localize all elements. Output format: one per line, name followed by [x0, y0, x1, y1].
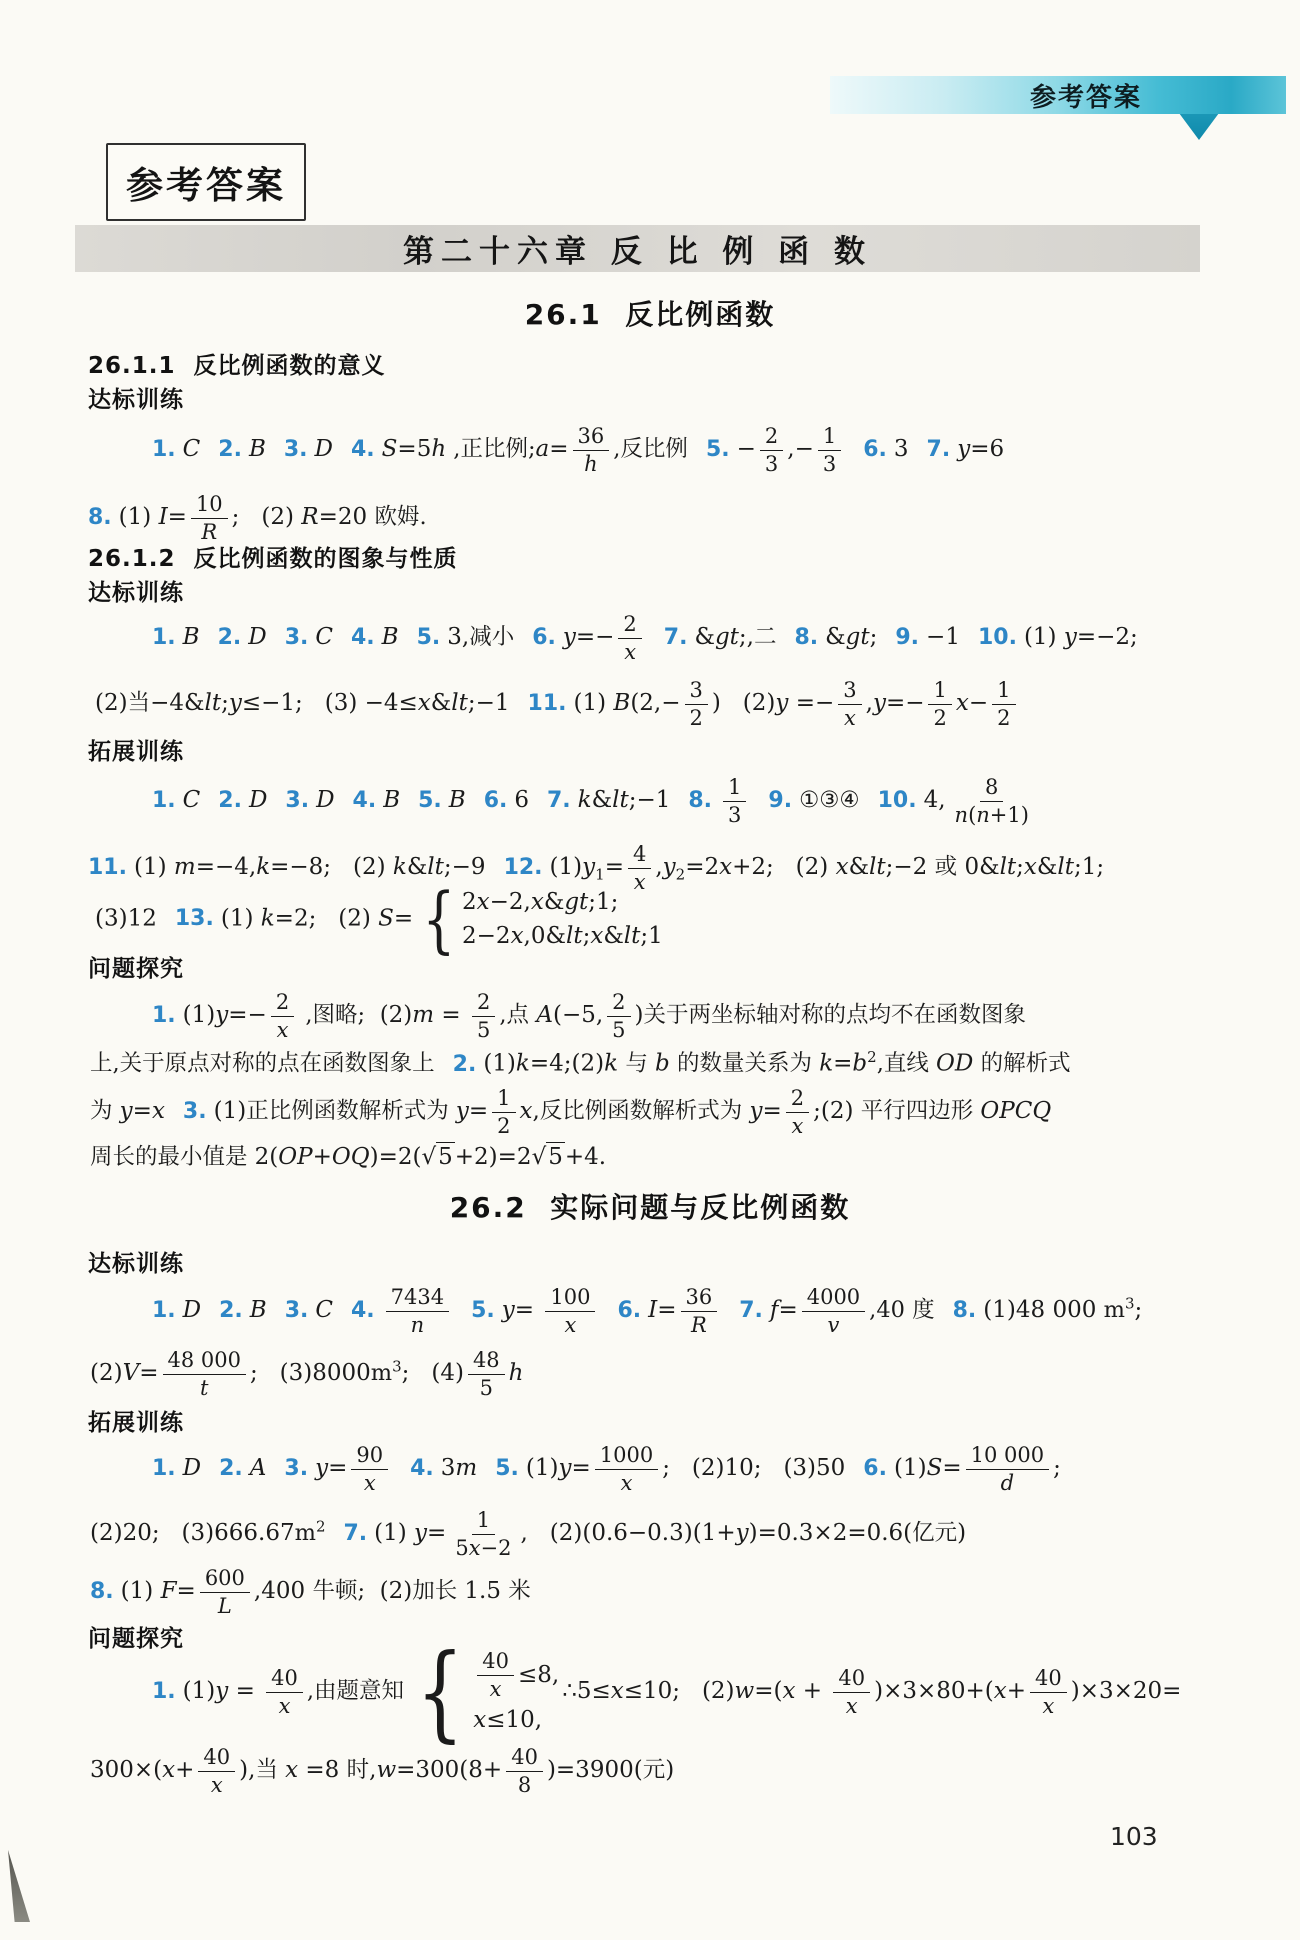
- question-number: 12.: [504, 855, 543, 880]
- question-number: 7.: [664, 625, 688, 650]
- cases-row: 40x≤8,: [473, 1649, 559, 1701]
- question-number: 3.: [183, 1099, 207, 1124]
- text: ,点: [499, 1002, 529, 1028]
- text: ,反比例: [613, 436, 688, 462]
- answer-line: 为 y=x3.(1)正比例函数解析式为 y=12x,反比例函数解析式为 y=2x…: [90, 1086, 1051, 1138]
- fraction-numerator: 2: [472, 990, 495, 1017]
- fraction: 90x: [351, 1443, 388, 1495]
- header-ribbon: 参考答案: [830, 76, 1286, 114]
- math-text: x =8: [285, 1757, 347, 1783]
- math-text: x≤10,: [473, 1706, 542, 1735]
- text: 二: [754, 624, 777, 650]
- answer-line: (2)当−4&lt;y≤−1; (3) −4≤x&lt;−111.(1) B(2…: [95, 678, 1020, 730]
- fraction: 36h: [573, 424, 610, 476]
- question-number: 2.: [219, 1298, 243, 1323]
- math-text: ; (3)8000: [250, 1360, 371, 1386]
- answer-line: 1.(1)y=−2x ,图略; (2)m = 25,点 A(−5,25)关于两坐…: [152, 990, 1026, 1042]
- text: ,图略;: [298, 1002, 365, 1028]
- fraction: 40x: [198, 1745, 235, 1797]
- math-text: f=: [770, 1297, 798, 1323]
- question-number: 1.: [152, 1679, 176, 1704]
- math-text: (1)y=: [526, 1455, 591, 1481]
- fraction-numerator: 1000: [595, 1443, 658, 1470]
- math-text: y=x: [120, 1098, 165, 1124]
- question-number: 6.: [863, 1456, 887, 1481]
- fraction-numerator: 4: [628, 842, 651, 869]
- math-text: b: [655, 1051, 677, 1077]
- section-heading: 问题探究: [88, 950, 184, 983]
- text: 欧姆.: [374, 504, 426, 530]
- math-text: D: [183, 1297, 201, 1323]
- fraction-numerator: 2: [607, 990, 630, 1017]
- question-number: 2.: [219, 1456, 243, 1481]
- section-heading: 达标训练: [88, 574, 184, 607]
- fraction-denominator: 5x−2: [450, 1535, 516, 1560]
- section-heading: 拓展训练: [88, 1404, 184, 1437]
- text: 的解析式: [981, 1051, 1071, 1077]
- math-text: ; (4): [402, 1360, 464, 1386]
- math-text: (1): [214, 1098, 247, 1124]
- math-text: )×3×20=: [1071, 1678, 1182, 1704]
- math-text: +2)=2: [455, 1144, 532, 1170]
- fraction: 4x: [628, 842, 651, 894]
- question-number: 10.: [978, 625, 1017, 650]
- answer-key-page: 参考答案 参考答案 第二十六章 反 比 例 函 数 26.1 反比例函数26.1…: [0, 0, 1300, 1940]
- answer-line: 1.C2.D3.D4.B5.B6.67.k&lt;−18.139.①③④10.4…: [152, 775, 1038, 827]
- question-number: 4.: [353, 788, 377, 813]
- math-text: ≤8,: [518, 1661, 559, 1690]
- question-number: 7.: [547, 788, 571, 813]
- fraction-denominator: n(n+1): [950, 802, 1034, 827]
- text: 或: [935, 854, 958, 880]
- text: ,直线: [877, 1051, 936, 1077]
- cases-row: x≤10,: [473, 1706, 559, 1735]
- fraction-numerator: 48 000: [163, 1348, 246, 1375]
- cases-row: 2−2x,0&lt;x&lt;1: [462, 922, 663, 951]
- math-text: (2)V=: [90, 1360, 159, 1386]
- fraction-denominator: 2: [928, 705, 951, 730]
- fraction: 25: [607, 990, 630, 1042]
- fraction-numerator: 40: [198, 1745, 235, 1772]
- section-heading: 达标训练: [88, 1245, 184, 1278]
- sqrt-expression: √5: [421, 1144, 454, 1170]
- math-text: y=−: [563, 624, 615, 650]
- sqrt-expression: √5: [532, 1144, 565, 1170]
- math-text: (1)48 000: [983, 1297, 1103, 1323]
- fraction: 100x: [545, 1285, 595, 1337]
- math-text: (1) y=: [374, 1520, 446, 1546]
- question-number: 6.: [484, 788, 508, 813]
- math-text: OD: [936, 1051, 981, 1077]
- question-number: 10.: [878, 788, 917, 813]
- math-text: (1) y=−2;: [1024, 624, 1138, 650]
- math-text: B: [383, 787, 400, 813]
- fraction-numerator: 40: [266, 1666, 303, 1693]
- fraction-denominator: d: [996, 1470, 1019, 1495]
- math-text: B: [382, 624, 399, 650]
- fraction-numerator: 90: [351, 1443, 388, 1470]
- fraction-denominator: 2: [992, 705, 1015, 730]
- math-text: 4,: [924, 787, 946, 813]
- section-heading: 26.2 实际问题与反比例函数: [0, 1186, 1300, 1226]
- fraction-denominator: x: [787, 1113, 809, 1138]
- math-text: =: [605, 854, 624, 880]
- subscript: 2: [676, 866, 686, 884]
- text: 米: [508, 1578, 531, 1604]
- math-text: (2)20; (3)666.67: [90, 1520, 295, 1546]
- question-number: 8.: [953, 1298, 977, 1323]
- answer-line: 8.(1) F=600L,400 牛顿; (2)加长 1.5 米: [90, 1566, 531, 1618]
- question-number: 11.: [528, 691, 567, 716]
- fraction-denominator: x: [206, 1772, 228, 1797]
- math-text: y=: [456, 1098, 488, 1124]
- text: 时: [347, 1757, 370, 1783]
- question-number: 1.: [152, 1456, 176, 1481]
- fraction-numerator: 1: [472, 1508, 495, 1535]
- math-text: ,w=300(8+: [369, 1757, 502, 1783]
- answer-line: 1.D2.A3.y=90x4.3m5.(1)y=1000x; (2)10; (3…: [152, 1443, 1061, 1495]
- math-text: ∴5≤x≤10; (2)w=(x +: [562, 1678, 829, 1704]
- section-heading: 26.1 反比例函数: [0, 293, 1300, 333]
- fraction-numerator: 48: [468, 1348, 505, 1375]
- text: 为: [90, 1098, 120, 1124]
- question-number: 2.: [218, 788, 242, 813]
- supscript: 2: [867, 1048, 877, 1066]
- answer-line: 1.C2.B3.D4.S=5h ,正比例;a=36h,反比例5.−23,−136…: [152, 424, 1004, 476]
- math-text: D: [315, 436, 333, 462]
- piecewise-cases: {2x−2,x&gt;1;2−2x,0&lt;x&lt;1: [416, 888, 663, 951]
- math-text: 3m: [441, 1455, 477, 1481]
- fraction-numerator: 1: [818, 424, 841, 451]
- question-number: 4.: [351, 437, 375, 462]
- question-number: 13.: [175, 906, 214, 931]
- question-number: 6.: [617, 1298, 641, 1323]
- math-text: (1)k=4;(2)k: [483, 1051, 625, 1077]
- math-text: D: [249, 787, 267, 813]
- math-text: y=: [749, 1098, 781, 1124]
- fraction-numerator: 36: [573, 424, 610, 451]
- fraction: 4000v: [802, 1285, 865, 1337]
- math-text: A: [250, 1455, 267, 1481]
- math-text: 1.5: [464, 1578, 508, 1604]
- fraction: 8n(n+1): [950, 775, 1034, 827]
- math-text: y=: [315, 1455, 347, 1481]
- fraction: 13: [818, 424, 841, 476]
- fraction-numerator: 1: [928, 678, 951, 705]
- cases-rows: 40x≤8,x≤10,: [473, 1649, 559, 1735]
- fraction-numerator: 2: [271, 990, 294, 1017]
- math-text: B: [183, 624, 200, 650]
- math-text: &gt;: [825, 624, 877, 650]
- text: 关于两坐标轴对称的点均不在函数图象: [644, 1002, 1027, 1028]
- math-text: ,y: [655, 854, 675, 880]
- cases-rows: 2x−2,x&gt;1;2−2x,0&lt;x&lt;1: [462, 888, 663, 951]
- fraction-numerator: 40: [833, 1666, 870, 1693]
- question-number: 2.: [218, 625, 242, 650]
- fraction-numerator: 1: [992, 678, 1015, 705]
- fraction-denominator: h: [579, 451, 603, 476]
- math-text: (2)m =: [365, 1002, 468, 1028]
- fraction: 3x: [838, 678, 861, 730]
- math-text: k&lt;−1: [578, 787, 671, 813]
- text: 当: [128, 690, 151, 716]
- math-text: (2): [365, 1578, 412, 1604]
- radicand: 5: [546, 1142, 565, 1172]
- fraction: 10R: [191, 492, 228, 544]
- cases-row: 2x−2,x&gt;1;: [462, 888, 663, 917]
- fraction-denominator: L: [213, 1593, 237, 1618]
- fraction-numerator: 40: [477, 1649, 514, 1676]
- question-number: 3.: [285, 1298, 309, 1323]
- text: 加长: [412, 1578, 464, 1604]
- math-text: (1)y=−: [183, 1002, 267, 1028]
- answer-line: 11.(1) m=−4,k=−8; (2) k&lt;−912.(1)y1=4x…: [88, 842, 1104, 894]
- fraction-denominator: x: [619, 639, 641, 664]
- question-number: 8.: [90, 1579, 114, 1604]
- fraction-denominator: 3: [760, 451, 783, 476]
- math-text: x,: [520, 1098, 540, 1124]
- math-text: B: [449, 787, 466, 813]
- fraction-numerator: 3: [685, 678, 708, 705]
- fraction: 23: [760, 424, 783, 476]
- text: 的数量关系为: [677, 1051, 819, 1077]
- fraction-denominator: x: [485, 1676, 507, 1701]
- text: 反比例函数解析式为: [540, 1098, 750, 1124]
- fraction-numerator: 600: [200, 1566, 250, 1593]
- fraction-numerator: 1: [723, 775, 746, 802]
- fraction-numerator: 10: [191, 492, 228, 519]
- answer-line: (2)20; (3)666.67m27.(1) y=15x−2, (2)(0.6…: [90, 1508, 966, 1560]
- question-number: 5.: [418, 788, 442, 813]
- text: m: [371, 1360, 392, 1386]
- fraction-denominator: x: [274, 1693, 296, 1718]
- text: ,由题意知: [307, 1678, 404, 1704]
- math-text: ;(2): [813, 1098, 861, 1124]
- fraction: 2x: [271, 990, 294, 1042]
- answer-line: 300×(x+40x),当 x =8 时,w=300(8+408)=3900(元…: [90, 1745, 674, 1797]
- question-number: 7.: [927, 437, 951, 462]
- question-number: 7.: [739, 1298, 763, 1323]
- math-text: k=b: [819, 1051, 867, 1077]
- fraction: 48 000t: [163, 1348, 246, 1400]
- fraction-denominator: x: [839, 705, 861, 730]
- fraction-denominator: R: [686, 1312, 712, 1337]
- text: 上,关于原点对称的点在函数图象上: [90, 1051, 435, 1077]
- question-number: 2.: [453, 1052, 477, 1077]
- math-text: h: [509, 1360, 524, 1386]
- question-number: 8.: [688, 788, 712, 813]
- math-text: ,y=−: [866, 690, 925, 716]
- text: 牛顿;: [312, 1578, 365, 1604]
- math-text: )×3×80+(x+: [874, 1678, 1026, 1704]
- page-title: 参考答案: [126, 155, 286, 209]
- question-number: 5.: [471, 1298, 495, 1323]
- fraction-numerator: 8: [980, 775, 1003, 802]
- math-text: ; (2)10; (3)50: [662, 1455, 845, 1481]
- supscript: 3: [392, 1357, 402, 1375]
- fraction-numerator: 4000: [802, 1285, 865, 1312]
- text: ,正比例;: [446, 436, 535, 462]
- page-title-box: 参考答案: [106, 143, 306, 221]
- math-text: (2): [95, 690, 128, 716]
- fraction: 12: [492, 1086, 515, 1138]
- math-text: 300×(x+: [90, 1757, 194, 1783]
- fraction: 40x: [477, 1649, 514, 1701]
- math-text: S=5h: [382, 436, 447, 462]
- question-number: 8.: [795, 625, 819, 650]
- fraction: 12: [992, 678, 1015, 730]
- math-text: (1)y =: [183, 1678, 263, 1704]
- fraction-numerator: 1: [492, 1086, 515, 1113]
- question-number: 4.: [410, 1456, 434, 1481]
- question-number: 8.: [88, 505, 112, 530]
- supscript: 3: [1125, 1294, 1135, 1312]
- math-text: ): [665, 1757, 674, 1783]
- left-brace: {: [416, 1648, 464, 1736]
- fraction-denominator: R: [196, 519, 222, 544]
- question-number: 7.: [343, 1521, 367, 1546]
- ribbon-label: 参考答案: [1030, 77, 1142, 114]
- fraction-denominator: x: [359, 1470, 381, 1495]
- math-text: C: [183, 436, 201, 462]
- math-text: (1) B(2,−: [574, 690, 681, 716]
- fraction: 40x: [833, 1666, 870, 1718]
- text: 元: [643, 1757, 666, 1783]
- chapter-banner: 第二十六章 反 比 例 函 数: [75, 225, 1200, 272]
- question-number: 3.: [284, 1456, 308, 1481]
- answer-line: (2)V=48 000t; (3)8000m3; (4)485h: [90, 1348, 524, 1400]
- math-text: 2x−2,x&gt;1;: [462, 888, 618, 917]
- section-heading: 26.1.1 反比例函数的意义: [88, 347, 386, 380]
- math-text: (1) k=2; (2) S=: [221, 905, 413, 931]
- math-text: OPCQ: [980, 1098, 1051, 1124]
- fraction: 40x: [266, 1666, 303, 1718]
- answer-line: 1.(1)y = 40x,由题意知{40x≤8,x≤10,∴5≤x≤10; (2…: [152, 1648, 1181, 1736]
- answer-line: 周长的最小值是 2(OP+OQ)=2(√5+2)=2√5+4.: [90, 1142, 606, 1172]
- supscript: 2: [316, 1517, 326, 1535]
- fraction: 40x: [1030, 1666, 1067, 1718]
- fraction-numerator: 2: [760, 424, 783, 451]
- answer-line: 1.D2.B3.C4.7434n5.y= 100x6.I=36R7.f=4000…: [152, 1285, 1142, 1337]
- question-number: 4.: [351, 625, 375, 650]
- question-number: 6.: [532, 625, 556, 650]
- section-heading: 达标训练: [88, 381, 184, 414]
- fraction: 13: [723, 775, 746, 827]
- text: 正比例函数解析式为: [246, 1098, 456, 1124]
- fraction-numerator: 36: [681, 1285, 718, 1312]
- question-number: 5.: [706, 437, 730, 462]
- math-text: )=3900(: [547, 1757, 643, 1783]
- fraction: 600L: [200, 1566, 250, 1618]
- fraction-denominator: 5: [607, 1017, 630, 1042]
- page-corner-artifact: [8, 1850, 30, 1922]
- text: m: [295, 1520, 316, 1546]
- page-number: 103: [1110, 1822, 1158, 1851]
- fraction-denominator: x: [560, 1312, 582, 1337]
- math-text: , (2)(0.6−0.3)(1+y)=0.3×2=0.6(: [521, 1520, 913, 1546]
- math-text: 0&lt;x&lt;1;: [957, 854, 1104, 880]
- fraction-denominator: n: [406, 1312, 430, 1337]
- math-text: ) (2)y =−: [712, 690, 834, 716]
- fraction-denominator: v: [823, 1312, 845, 1337]
- fraction-numerator: 10 000: [966, 1443, 1049, 1470]
- math-text: −4&lt;y≤−1; (3) −4≤x&lt;−1: [150, 690, 509, 716]
- math-text: I=: [648, 1297, 676, 1323]
- math-text: −: [737, 436, 756, 462]
- fraction-numerator: 100: [545, 1285, 595, 1312]
- question-number: 5.: [417, 625, 441, 650]
- math-text: −1: [926, 624, 960, 650]
- question-number: 6.: [863, 437, 887, 462]
- question-number: 4.: [351, 1298, 375, 1323]
- question-number: 3.: [285, 788, 309, 813]
- fraction-denominator: 8: [513, 1772, 536, 1797]
- math-text: ;: [1053, 1455, 1061, 1481]
- question-number: 5.: [495, 1456, 519, 1481]
- math-text: D: [248, 624, 266, 650]
- fraction-denominator: 5: [472, 1017, 495, 1042]
- question-number: 1.: [152, 1298, 176, 1323]
- math-text: 2−2x,0&lt;x&lt;1: [462, 922, 663, 951]
- fraction-numerator: 3: [838, 678, 861, 705]
- subscript: 1: [595, 866, 605, 884]
- math-text: (1)y: [550, 854, 596, 880]
- math-text: a=: [536, 436, 569, 462]
- math-text: ; (2) R=20: [232, 504, 375, 530]
- fraction-numerator: 7434: [386, 1285, 449, 1312]
- fraction: 15x−2: [450, 1508, 516, 1560]
- math-text: C: [315, 1297, 333, 1323]
- math-text: ,−: [787, 436, 814, 462]
- math-text: ,400: [254, 1578, 313, 1604]
- question-number: 1.: [152, 437, 176, 462]
- math-text: (1)S=: [894, 1455, 962, 1481]
- fraction: 485: [468, 1348, 505, 1400]
- radicand: 5: [436, 1142, 455, 1172]
- fraction: 36R: [681, 1285, 718, 1337]
- fraction: 32: [685, 678, 708, 730]
- fraction-numerator: 2: [786, 1086, 809, 1113]
- math-text: B: [250, 1297, 267, 1323]
- fraction-numerator: 40: [1030, 1666, 1067, 1693]
- math-text: +4.: [565, 1144, 606, 1170]
- math-text: (3)12: [95, 905, 157, 931]
- math-text: ): [635, 1002, 644, 1028]
- math-text: A(−5,: [529, 1002, 603, 1028]
- section-heading: 26.1.2 反比例函数的图象与性质: [88, 540, 458, 573]
- fraction-denominator: t: [195, 1375, 213, 1400]
- question-number: 3.: [284, 437, 308, 462]
- fraction-denominator: x: [272, 1017, 294, 1042]
- fraction-denominator: 3: [723, 802, 746, 827]
- math-text: 3,: [447, 624, 469, 650]
- math-text: ;: [1135, 1297, 1143, 1323]
- piecewise-cases: {40x≤8,x≤10,: [407, 1648, 559, 1736]
- text: ,40 度: [869, 1297, 934, 1323]
- question-number: 11.: [88, 855, 127, 880]
- question-number: 1.: [152, 788, 176, 813]
- fraction-numerator: 2: [618, 612, 641, 639]
- answer-line: 1.B2.D3.C4.B5.3,减小6.y=−2x7.&gt;,二8.&gt;9…: [152, 612, 1138, 664]
- fraction-denominator: 2: [492, 1113, 515, 1138]
- fraction-denominator: x: [841, 1693, 863, 1718]
- text: 亿元: [912, 1520, 957, 1546]
- fraction-denominator: 5: [475, 1375, 498, 1400]
- math-text: C: [315, 624, 333, 650]
- fraction: 1000x: [595, 1443, 658, 1495]
- math-text: (1) I=: [119, 504, 187, 530]
- math-text: x−: [956, 690, 988, 716]
